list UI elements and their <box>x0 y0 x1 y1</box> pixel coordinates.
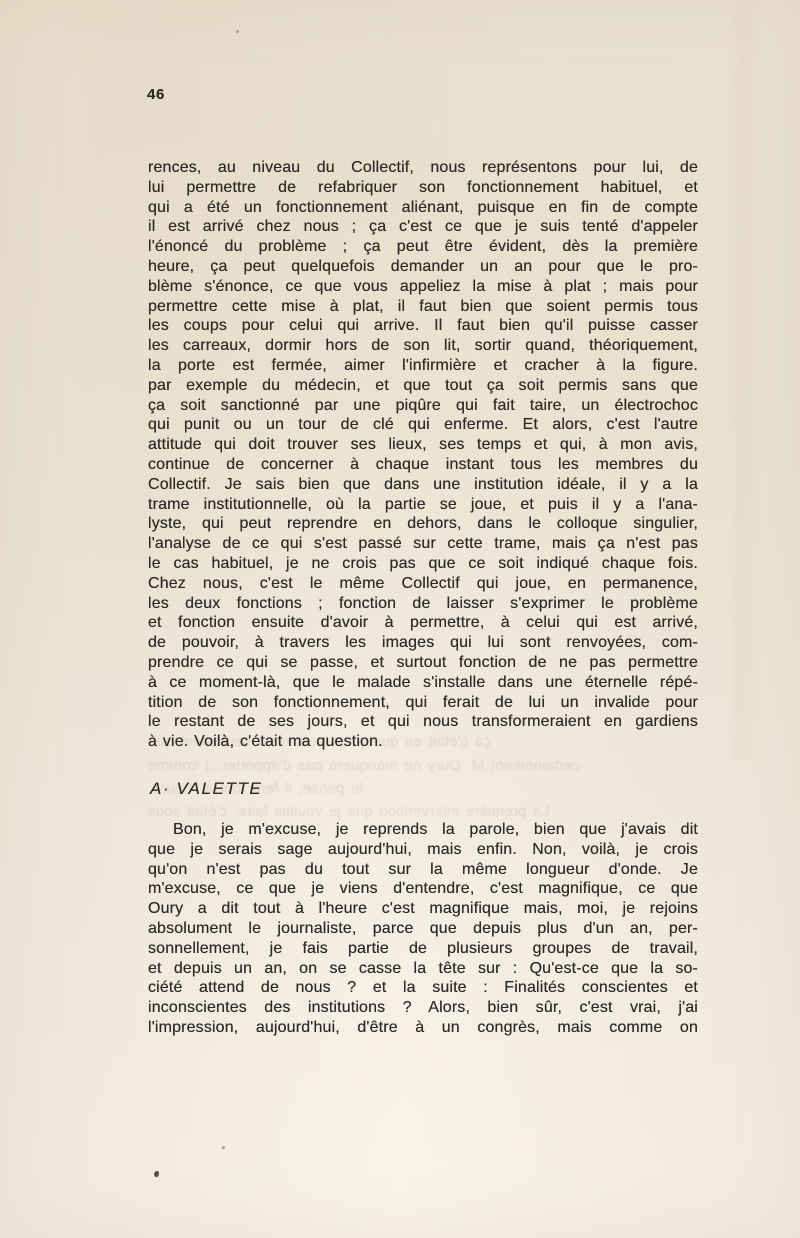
text-line: le restant de ses jours, et qui nous tra… <box>148 712 698 732</box>
text-line: l'analyse de ce qui s'est passé sur cett… <box>148 534 698 554</box>
text-line: l'impression, aujourd'hui, d'être à un c… <box>148 1018 698 1038</box>
text-line: et fonction ensuite d'avoir à permettre,… <box>148 613 698 633</box>
text-line: rences, au niveau du Collectif, nous rep… <box>148 158 698 178</box>
text-line: les coups pour celui qui arrive. Il faut… <box>148 316 698 336</box>
text-line: absolument le journaliste, parce que dep… <box>148 919 698 939</box>
scan-speck <box>154 1171 159 1177</box>
text-line: qu'on n'est pas du tout sur la même long… <box>148 860 698 880</box>
paragraph-after-heading: Bon, je m'excuse, je reprends la parole,… <box>148 820 698 1038</box>
text-line: et depuis un an, on se casse la tête sur… <box>148 959 698 979</box>
scan-speck <box>222 1146 225 1149</box>
text-line: permettre cette mise à plat, il faut bie… <box>148 297 698 317</box>
paragraph-before-heading: rences, au niveau du Collectif, nous rep… <box>148 158 698 752</box>
text-line: le cas habituel, je ne crois pas que ce … <box>148 554 698 574</box>
text-line: Collectif. Je sais bien que dans une ins… <box>148 475 698 495</box>
text-line: lyste, qui peut reprendre en dehors, dan… <box>148 514 698 534</box>
text-line: les carreaux, dormir hors de son lit, so… <box>148 336 698 356</box>
page-number: 46 <box>147 86 165 103</box>
text-line: l'énoncé du problème ; ça peut être évid… <box>148 237 698 257</box>
text-line: qui punit ou un tour de clé qui enferme.… <box>148 415 698 435</box>
text-line: il est arrivé chez nous ; ça c'est ce qu… <box>148 217 698 237</box>
text-line: continue de concerner à chaque instant t… <box>148 455 698 475</box>
text-line: m'excuse, ce que je viens d'entendre, c'… <box>148 879 698 899</box>
text-line: inconscientes des institutions ? Alors, … <box>148 998 698 1018</box>
bleedthrough-text-line: La première intervention que je voulais … <box>148 803 698 821</box>
text-line: de pouvoir, à travers les images qui lui… <box>148 633 698 653</box>
text-line: prendre ce qui se passe, et surtout fonc… <box>148 653 698 673</box>
speaker-heading: A· VALETTE <box>150 779 262 799</box>
text-line: à vie. Voilà, c'était ma question. <box>148 732 698 752</box>
text-line: lui permettre de refabriquer son fonctio… <box>148 178 698 198</box>
text-line: ça soit sanctionné par une piqûre qui fa… <box>148 396 698 416</box>
text-line: attitude qui doit trouver ses lieux, ses… <box>148 435 698 455</box>
text-line: blème s'énonce, ce que vous appeliez la … <box>148 277 698 297</box>
text-line: par exemple du médecin, et que tout ça s… <box>148 376 698 396</box>
text-line: tition de son fonctionnement, qui ferait… <box>148 693 698 713</box>
text-line: la porte est fermée, aimer l'infirmière … <box>148 356 698 376</box>
text-line: sonnellement, je fais partie de plusieur… <box>148 939 698 959</box>
text-line: trame institutionnelle, où la partie se … <box>148 495 698 515</box>
text-line: qui a été un fonctionnement aliénant, pu… <box>148 198 698 218</box>
text-line: Bon, je m'excuse, je reprends la parole,… <box>148 820 698 840</box>
text-line: ciété attend de nous ? et la suite : Fin… <box>148 978 698 998</box>
text-line: les deux fonctions ; fonction de laisser… <box>148 594 698 614</box>
scanned-book-page: ça c'était en quelques mots mais seuleme… <box>0 0 800 1238</box>
text-line: Chez nous, c'est le même Collectif qui j… <box>148 574 698 594</box>
text-line: heure, ça peut quelquefois demander un a… <box>148 257 698 277</box>
text-line: que je serais sage aujourd'hui, mais enf… <box>148 840 698 860</box>
scan-speck <box>236 30 239 33</box>
bleedthrough-text-line: certainement M. Oury ne manquera pas d'a… <box>148 757 698 775</box>
paper-shading-band <box>728 0 762 760</box>
text-line: Oury a dit tout à l'heure c'est magnifiq… <box>148 899 698 919</box>
text-line: à ce moment-là, que le malade s'installe… <box>148 673 698 693</box>
